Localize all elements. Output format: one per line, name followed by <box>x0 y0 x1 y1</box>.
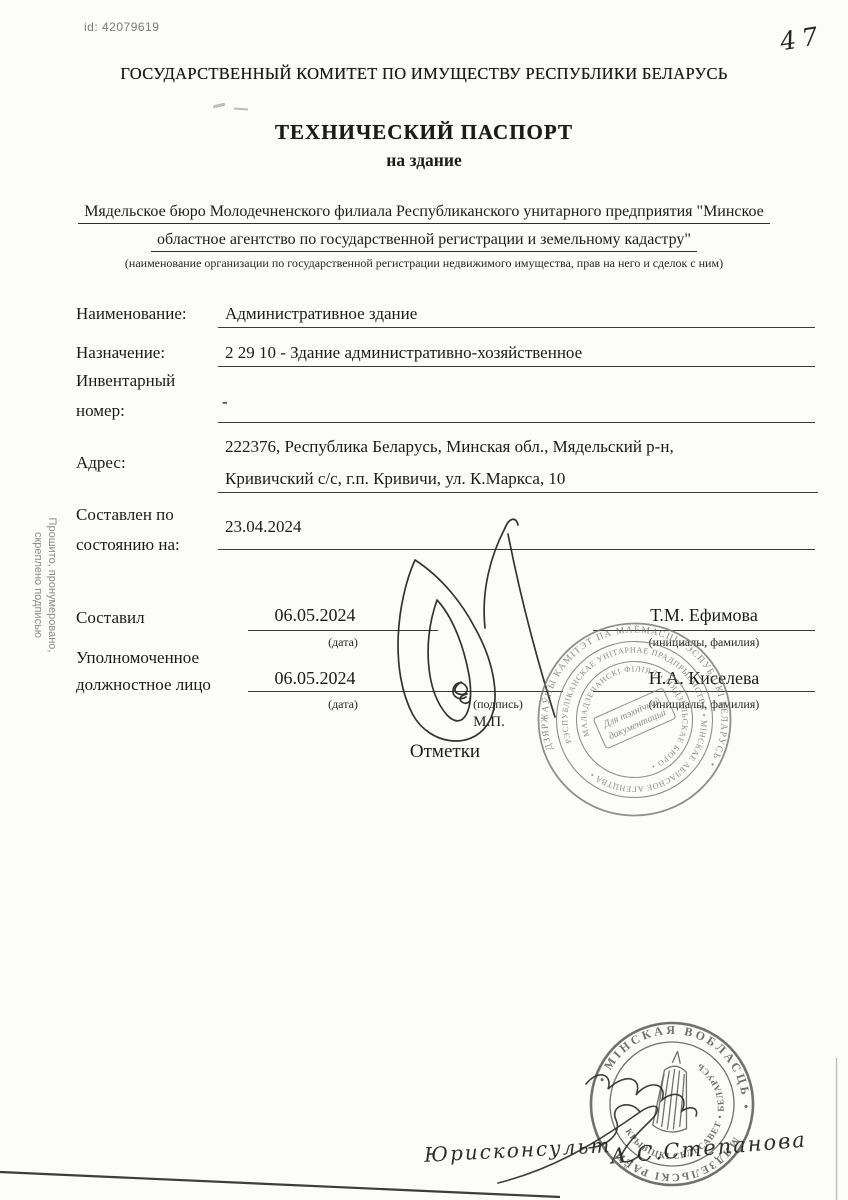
scanned-document-page: id: 42079619 47 ГОСУДАРСТВЕННЫЙ КОМИТЕТ … <box>0 0 848 1200</box>
scan-artifact-line <box>0 1172 560 1197</box>
scan-artifacts <box>0 0 848 1200</box>
